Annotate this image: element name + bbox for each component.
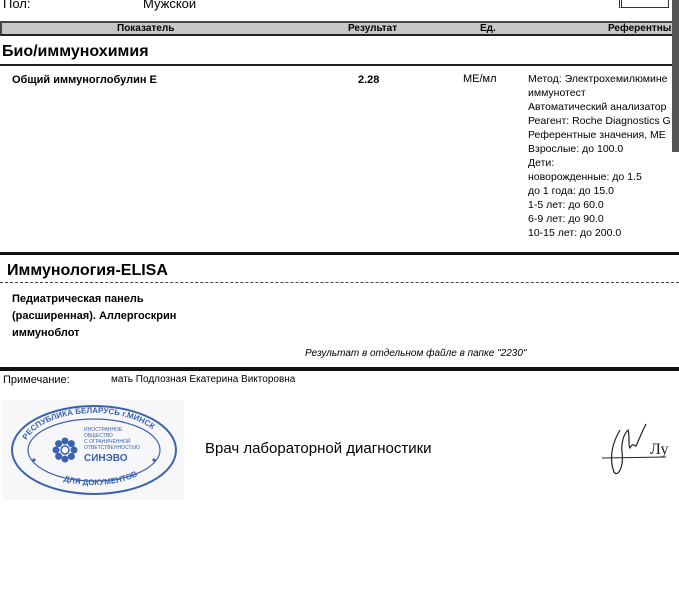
section-title-elisa: Иммунология-ELISA <box>7 262 168 280</box>
result-note: Результат в отдельном файле в папке "223… <box>305 348 526 359</box>
test-name-line: иммуноблот <box>12 325 176 342</box>
reference-line: новорожденные: до 1.5 <box>528 170 671 184</box>
note-value: мать Подлозная Екатерина Викторовна <box>111 374 295 385</box>
test-unit: МЕ/мл <box>463 73 497 85</box>
table-header-bar <box>0 21 679 36</box>
section-title-biochemistry: Био/иммунохимия <box>2 43 149 61</box>
row-divider <box>0 367 679 371</box>
reference-values: Метод: ЭлектрохемилюминеиммунотестАвтома… <box>528 72 671 240</box>
flower-logo-icon <box>53 438 78 463</box>
column-header-name: Показатель <box>117 22 174 35</box>
column-header-result: Результат <box>348 22 397 35</box>
top-right-box <box>619 0 669 8</box>
organization-stamp: РЕСПУБЛИКА БЕЛАРУСЬ г.МИНСК ДЛЯ ДОКУМЕНТ… <box>2 400 184 500</box>
reference-line: Дети: <box>528 156 671 170</box>
page-edge-shadow <box>672 0 679 152</box>
reference-line: до 1 года: до 15.0 <box>528 184 671 198</box>
reference-line: 10-15 лет: до 200.0 <box>528 226 671 240</box>
reference-line: 6-9 лет: до 90.0 <box>528 212 671 226</box>
test-name-line: (расширенная). Аллергоскрин <box>12 308 176 325</box>
reference-line: Взрослые: до 100.0 <box>528 142 671 156</box>
reference-line: Референтные значения, МЕ <box>528 128 671 142</box>
reference-line: Автоматический анализатор <box>528 100 671 114</box>
test-name: Общий иммуноглобулин Е <box>12 74 157 86</box>
doctor-role: Врач лабораторной диагностики <box>205 440 432 457</box>
signature-name: Лу <box>650 441 668 458</box>
doctor-signature: Лу <box>600 416 679 480</box>
svg-text:СИНЭВО: СИНЭВО <box>84 453 128 464</box>
test-name-line: Педиатрическая панель <box>12 291 176 308</box>
section-divider <box>0 282 679 283</box>
sex-label: Пол: <box>3 0 31 11</box>
reference-line: иммунотест <box>528 86 671 100</box>
row-divider <box>0 252 679 255</box>
section-divider <box>0 64 679 66</box>
reference-line: 1-5 лет: до 60.0 <box>528 198 671 212</box>
svg-text:С ОГРАНИЧЕННОЙ: С ОГРАНИЧЕННОЙ <box>84 437 131 445</box>
column-header-reference: Референтны <box>608 22 671 35</box>
note-label: Примечание: <box>3 374 70 386</box>
reference-line: Реагент: Roche Diagnostics G <box>528 114 671 128</box>
svg-text:ОТВЕТСТВЕННОСТЬЮ: ОТВЕТСТВЕННОСТЬЮ <box>84 445 140 451</box>
test-name-panel: Педиатрическая панель (расширенная). Алл… <box>12 291 176 342</box>
sex-value: Мужской <box>143 0 196 11</box>
reference-line: Метод: Электрохемилюмине <box>528 72 671 86</box>
test-result: 2.28 <box>358 74 379 86</box>
column-header-unit: Ед. <box>480 22 496 35</box>
